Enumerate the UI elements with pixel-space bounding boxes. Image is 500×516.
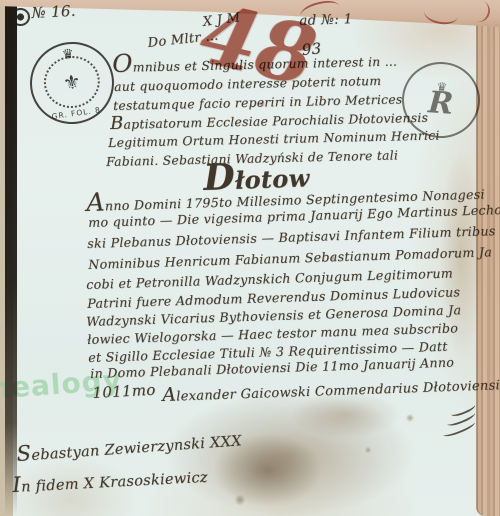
- record-number: № 16.: [31, 2, 76, 22]
- monogram-letter: R: [427, 88, 454, 120]
- scanned-baptism-record: nealogy № 16. X J M ad №: 1 Do Mltr … 93…: [0, 0, 500, 516]
- ink-blot-mark: [11, 8, 30, 26]
- eagle-wreath-icon: ⚜: [41, 52, 104, 111]
- binding-edge: [5, 0, 17, 516]
- year-note: 1011mo: [92, 381, 156, 402]
